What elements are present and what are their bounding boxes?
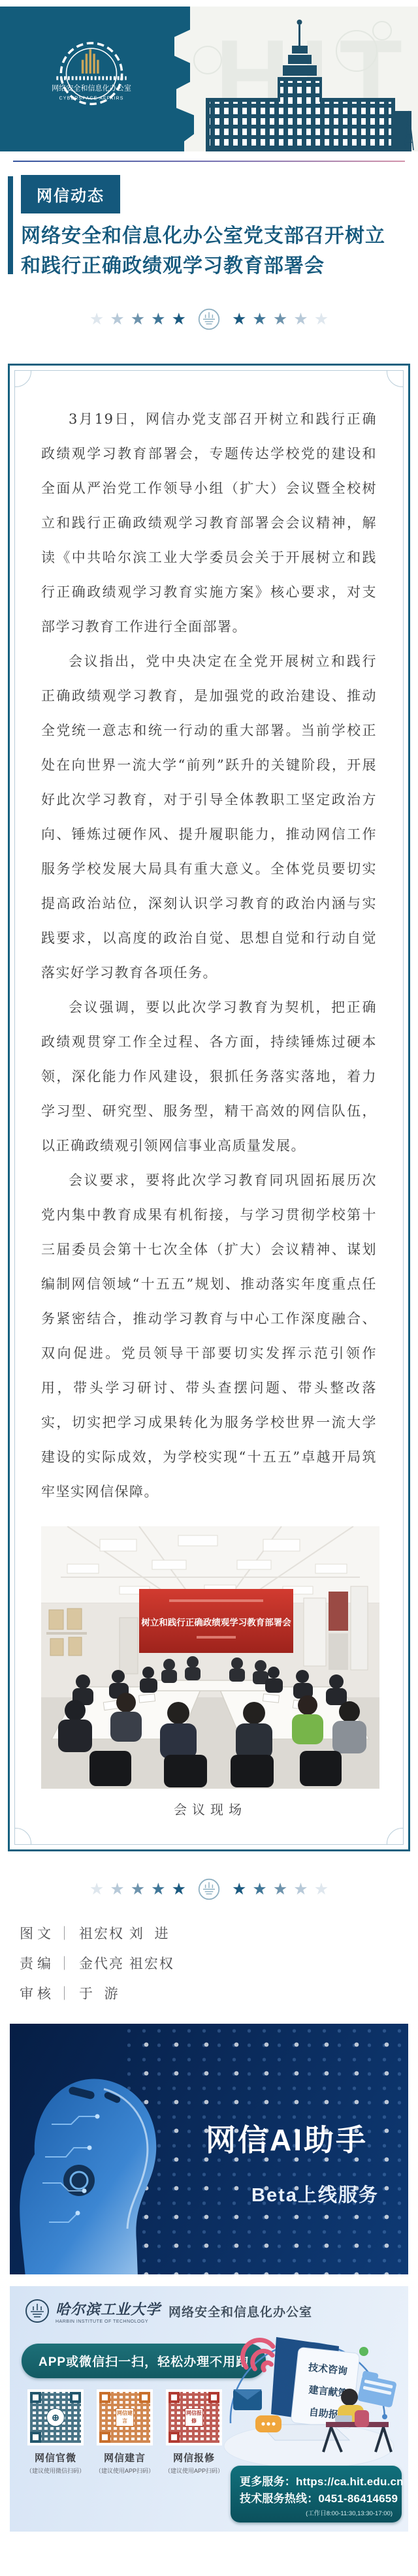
credit-separator: ｜ <box>57 1987 71 2002</box>
article-frame: 3月19日，网信办党支部召开树立和践行正确政绩观学习教育部署会，专题传达学校党的… <box>8 364 410 1851</box>
star-icon: ★ <box>110 311 124 328</box>
qr-hint: （建议使用APP扫码） <box>95 2466 155 2475</box>
qr-code-official[interactable]: ⊕ <box>27 2389 84 2445</box>
qr-label: 网信建言 <box>95 2451 155 2464</box>
paragraph: 会议要求，要将此次学习教育同巩固拓展历次党内集中教育成果有机衔接，与学习贯彻学校… <box>41 1163 377 1509</box>
qr-hint: （建议使用微信扫码） <box>25 2466 86 2475</box>
credit-line-reviewer: 审核｜于 游 <box>20 1979 418 2009</box>
star-icon: ★ <box>273 1881 287 1898</box>
university-emblem-icon <box>197 307 221 331</box>
paragraph: 3月19日，网信办党支部召开树立和践行正确政绩观学习教育部署会，专题传达学校党的… <box>41 402 377 644</box>
star-icon: ★ <box>232 1881 246 1898</box>
star-icon: ★ <box>110 1881 124 1898</box>
title-accent-bar <box>8 176 13 274</box>
hotline-text: 技术服务热线：0451-86414659 <box>240 2490 393 2507</box>
paragraph: 会议强调，要以此次学习教育为契机，把正确政绩观贯穿工作全过程、各方面，持续锤炼过… <box>41 990 377 1163</box>
credit-value: 金代亮 祖宏权 <box>79 1956 174 1971</box>
hit-emblem-icon <box>24 2298 50 2324</box>
star-divider: ★ ★ ★ ★ ★ ★ ★ ★ ★ ★ <box>0 1874 418 1905</box>
qr-center-label: 网信建言 <box>116 2408 134 2427</box>
work-hours-text: (工作日8:00-11:30,13:30-17:00) <box>240 2508 393 2517</box>
star-icon: ★ <box>252 1881 266 1898</box>
credits-block: 图文｜祖宏权 刘 进 责编｜金代亮 祖宏权 审核｜于 游 <box>20 1919 418 2009</box>
credit-line-photo-text: 图文｜祖宏权 刘 进 <box>20 1919 418 1949</box>
category-badge: 网信动态 <box>21 175 120 213</box>
star-icon: ★ <box>151 311 165 328</box>
star-icon: ★ <box>293 311 308 328</box>
qr-center-logo-icon: ⊕ <box>46 2408 65 2427</box>
star-icon: ★ <box>172 1881 186 1898</box>
banner-gear-panel: 网络安全和信息化办公室 CYBERSPACE AFFAIRS <box>0 7 196 151</box>
qr-item-suggest: 网信建言 网信建言 （建议使用APP扫码） <box>95 2389 155 2475</box>
star-icon: ★ <box>89 311 104 328</box>
ai-banner-subtitle: Beta上线服务 <box>251 2180 379 2207</box>
star-icon: ★ <box>314 1881 329 1898</box>
star-icon: ★ <box>314 311 329 328</box>
frame-corner-ornament <box>14 370 31 387</box>
wechat-article-page: HIT <box>0 0 418 2576</box>
star-icon: ★ <box>273 311 287 328</box>
credit-value: 于 游 <box>79 1987 120 2002</box>
star-icon: ★ <box>89 1881 104 1898</box>
svg-text:CYBERSPACE AFFAIRS: CYBERSPACE AFFAIRS <box>59 96 123 101</box>
article-title-line1: 网络安全和信息化办公室党支部召开树立 <box>21 221 418 251</box>
star-icon: ★ <box>172 311 186 328</box>
university-name-cn: 哈尔滨工业大学 <box>56 2299 161 2319</box>
gradient-divider-line <box>13 161 405 162</box>
qr-item-official: ⊕ 网信官微 （建议使用微信扫码） <box>25 2389 86 2475</box>
ai-assistant-banner[interactable]: 网信AI助手 Beta上线服务 <box>10 2024 408 2274</box>
article-title: 网络安全和信息化办公室党支部召开树立 和践行正确政绩观学习教育部署会 <box>21 221 418 281</box>
cyberspace-office-logo: 网络安全和信息化办公室 CYBERSPACE AFFAIRS <box>46 34 137 125</box>
credit-label: 责编 <box>20 1956 55 1971</box>
photo-caption: 会议现场 <box>41 1799 379 1818</box>
frame-corner-ornament <box>14 1828 31 1845</box>
star-icon: ★ <box>151 1881 165 1898</box>
credit-separator: ｜ <box>57 1926 71 1941</box>
online-service-illustration: 技术咨询 建言献策 自助报修 <box>198 2312 407 2489</box>
credit-line-editor: 责编｜金代亮 祖宏权 <box>20 1949 418 1979</box>
article-inner: 3月19日，网信办党支部召开树立和践行正确政绩观学习教育部署会，专题传达学校党的… <box>14 370 404 1845</box>
star-icon: ★ <box>293 1881 308 1898</box>
svg-text:树立和践行正确政绩观学习教育部署会: 树立和践行正确政绩观学习教育部署会 <box>141 1617 291 1627</box>
qr-code-suggest[interactable]: 网信建言 <box>97 2389 153 2445</box>
frame-corner-ornament <box>387 370 404 387</box>
credit-label: 图文 <box>20 1926 55 1941</box>
meeting-photo-wrap: 树立和践行正确政绩观学习教育部署会 <box>41 1526 379 1818</box>
university-names: 哈尔滨工业大学 HARBIN INSTITUTE OF TECHNOLOGY <box>56 2299 161 2324</box>
service-info-box: 更多服务：https://ca.hit.edu.cn 技术服务热线：0451-8… <box>231 2466 402 2522</box>
star-icon: ★ <box>232 311 246 328</box>
frame-corner-ornament <box>387 1828 404 1845</box>
credit-value: 祖宏权 刘 进 <box>79 1926 170 1941</box>
title-section: 网信动态 网络安全和信息化办公室党支部召开树立 和践行正确政绩观学习教育部署会 <box>21 175 418 281</box>
header-banner: HIT <box>0 7 418 151</box>
star-icon: ★ <box>131 1881 145 1898</box>
university-name-en: HARBIN INSTITUTE OF TECHNOLOGY <box>56 2319 161 2324</box>
star-divider: ★ ★ ★ ★ ★ ★ ★ ★ ★ ★ <box>0 304 418 335</box>
credit-label: 审核 <box>20 1987 55 2002</box>
credit-separator: ｜ <box>57 1956 71 1971</box>
meeting-photo[interactable]: 树立和践行正确政绩观学习教育部署会 <box>41 1526 379 1789</box>
footer-service-banner: 哈尔滨工业大学 HARBIN INSTITUTE OF TECHNOLOGY 网… <box>10 2286 408 2532</box>
ai-banner-title: 网信AI助手 <box>206 2116 408 2160</box>
article-body: 3月19日，网信办党支部召开树立和践行正确政绩观学习教育部署会，专题传达学校党的… <box>41 402 377 1509</box>
qr-code-row: ⊕ 网信官微 （建议使用微信扫码） 网信建言 网信建言 （建议使用APP扫码） <box>25 2389 224 2475</box>
star-icon: ★ <box>252 311 266 328</box>
paragraph: 会议指出，党中央决定在全党开展树立和践行正确政绩观学习教育，是加强党的政治建设、… <box>41 644 377 990</box>
article-title-line2: 和践行正确政绩观学习教育部署会 <box>21 251 418 281</box>
ai-robot-head-illustration <box>10 2026 169 2274</box>
qr-label: 网信官微 <box>25 2451 86 2464</box>
more-services-text: 更多服务：https://ca.hit.edu.cn <box>240 2474 393 2490</box>
university-emblem-icon <box>197 1877 221 1901</box>
star-icon: ★ <box>131 311 145 328</box>
svg-text:网络安全和信息化办公室: 网络安全和信息化办公室 <box>52 83 131 92</box>
hit-main-building-illustration <box>176 12 418 151</box>
